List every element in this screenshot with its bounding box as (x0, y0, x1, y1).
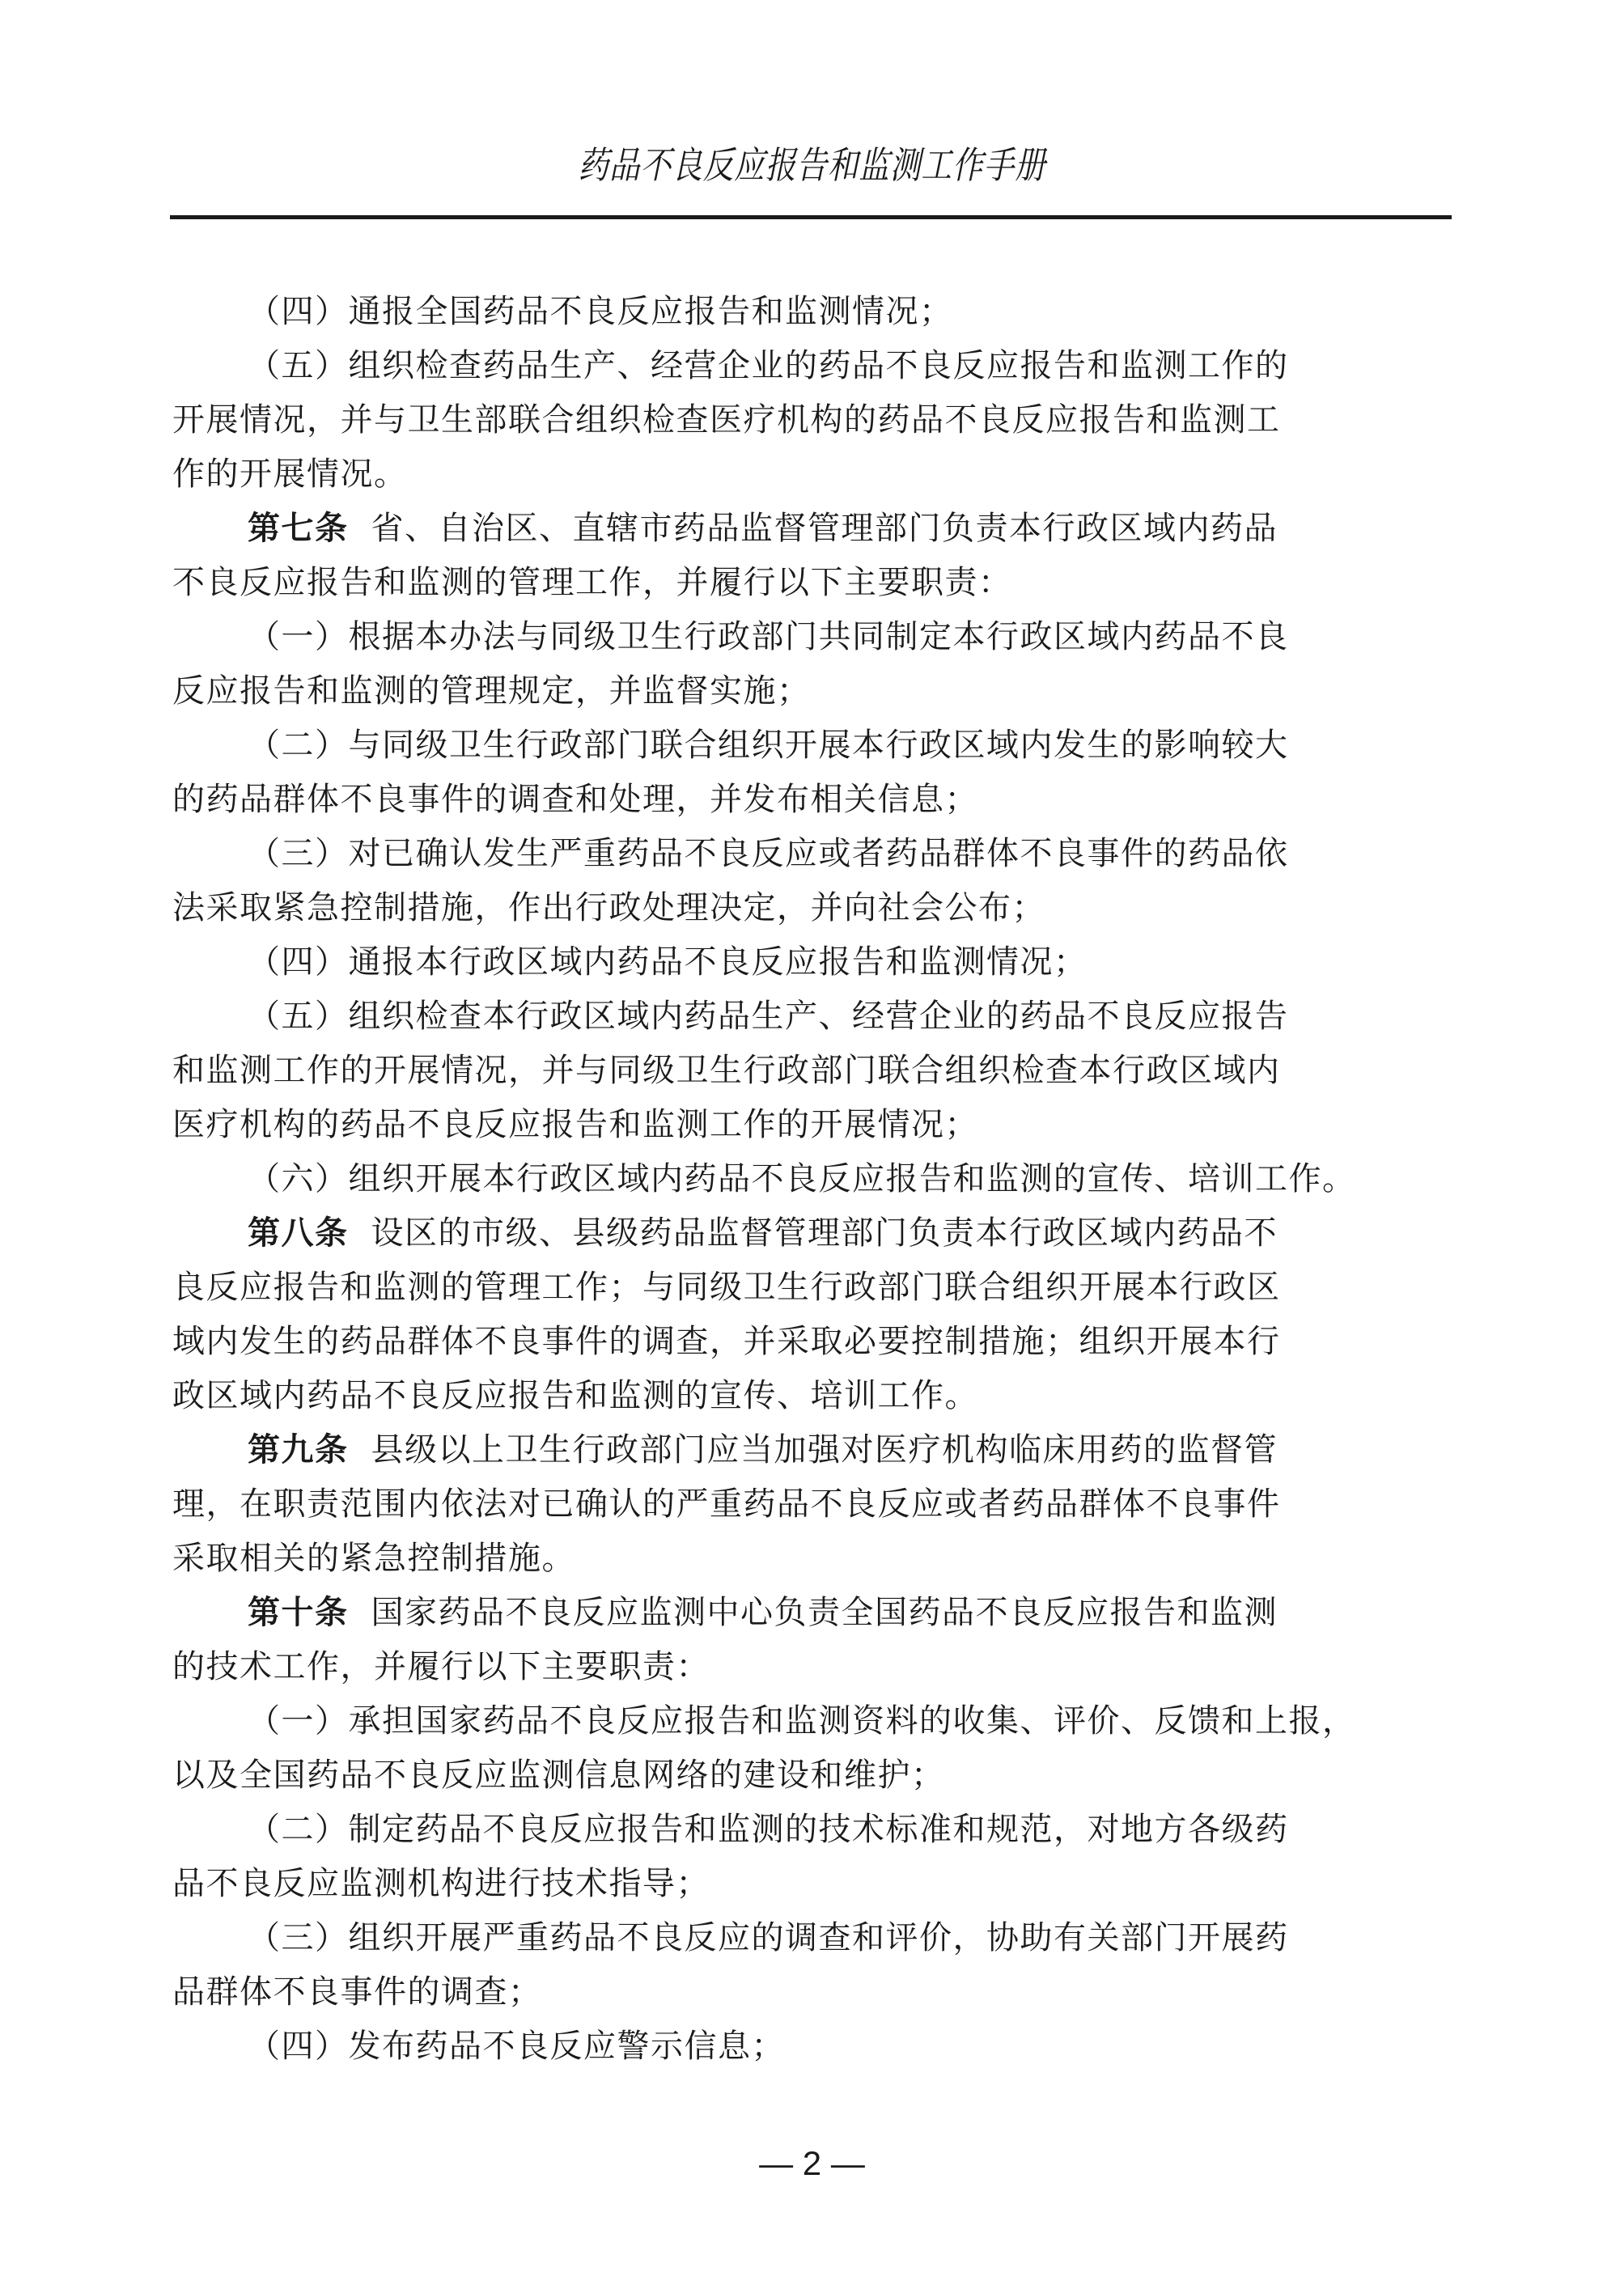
text-line: （五）组织检查药品生产、经营企业的药品不良反应报告和监测工作的 (172, 339, 1451, 393)
line-text: 省、自治区、直辖市药品监督管理部门负责本行政区域内药品 (371, 510, 1278, 547)
line-text: 不良反应报告和监测的管理工作，并履行以下主要职责： (172, 564, 1012, 601)
text-line: （一）承担国家药品不良反应报告和监测资料的收集、评价、反馈和上报， (172, 1694, 1451, 1748)
line-text: 良反应报告和监测的管理工作；与同级卫生行政部门联合组织开展本行政区 (172, 1269, 1281, 1306)
line-text: 域内发生的药品群体不良事件的调查，并采取必要控制措施；组织开展本行 (172, 1323, 1281, 1360)
page-number: — 2 — (0, 2144, 1624, 2183)
text-line: 品不良反应监测机构进行技术指导； (172, 1857, 1451, 1911)
text-line: （三）对已确认发生严重药品不良反应或者药品群体不良事件的药品依 (172, 827, 1451, 881)
article-line: 第七条省、自治区、直辖市药品监督管理部门负责本行政区域内药品 (172, 502, 1451, 556)
line-text: （一）根据本办法与同级卫生行政部门共同制定本行政区域内药品不良 (248, 618, 1289, 655)
text-line: 品群体不良事件的调查； (172, 1965, 1451, 2020)
text-line: （六）组织开展本行政区域内药品不良反应报告和监测的宣传、培训工作。 (172, 1152, 1451, 1206)
line-text: 设区的市级、县级药品监督管理部门负责本行政区域内药品不 (371, 1214, 1278, 1252)
line-text: 作的开展情况。 (172, 456, 408, 493)
text-line: 反应报告和监测的管理规定，并监督实施； (172, 664, 1451, 718)
article-number: 第七条 (248, 510, 349, 547)
line-text: 医疗机构的药品不良反应报告和监测工作的开展情况； (172, 1106, 978, 1143)
line-text: （六）组织开展本行政区域内药品不良反应报告和监测的宣传、培训工作。 (248, 1160, 1356, 1197)
line-text: 以及全国药品不良反应监测信息网络的建设和维护； (172, 1757, 945, 1794)
line-text: 国家药品不良反应监测中心负责全国药品不良反应报告和监测 (371, 1594, 1278, 1631)
text-line: 开展情况，并与卫生部联合组织检查医疗机构的药品不良反应报告和监测工 (172, 393, 1451, 447)
article-number: 第九条 (248, 1431, 349, 1469)
line-text: （二）制定药品不良反应报告和监测的技术标准和规范，对地方各级药 (248, 1811, 1289, 1848)
text-line: 作的开展情况。 (172, 447, 1451, 502)
text-line: （四）发布药品不良反应警示信息； (172, 2020, 1451, 2074)
article-line: 第八条设区的市级、县级药品监督管理部门负责本行政区域内药品不 (172, 1206, 1451, 1261)
text-line: 不良反应报告和监测的管理工作，并履行以下主要职责： (172, 556, 1451, 610)
line-text: （五）组织检查药品生产、经营企业的药品不良反应报告和监测工作的 (248, 347, 1289, 384)
line-text: 的药品群体不良事件的调查和处理，并发布相关信息； (172, 781, 978, 818)
line-text: （二）与同级卫生行政部门联合组织开展本行政区域内发生的影响较大 (248, 727, 1289, 764)
running-header-title: 药品不良反应报告和监测工作手册 (146, 136, 1478, 189)
text-line: 和监测工作的开展情况，并与同级卫生行政部门联合组织检查本行政区域内 (172, 1044, 1451, 1098)
article-line: 第十条国家药品不良反应监测中心负责全国药品不良反应报告和监测 (172, 1586, 1451, 1640)
article-number: 第十条 (248, 1594, 349, 1631)
line-text: 采取相关的紧急控制措施。 (172, 1540, 575, 1577)
line-text: 反应报告和监测的管理规定，并监督实施； (172, 672, 811, 710)
text-line: （四）通报全国药品不良反应报告和监测情况； (172, 285, 1451, 339)
text-line: 采取相关的紧急控制措施。 (172, 1532, 1451, 1586)
line-text: 法采取紧急控制措施，作出行政处理决定，并向社会公布； (172, 889, 1045, 926)
line-text: 品不良反应监测机构进行技术指导； (172, 1865, 710, 1902)
text-line: 的技术工作，并履行以下主要职责： (172, 1640, 1451, 1694)
text-line: （五）组织检查本行政区域内药品生产、经营企业的药品不良反应报告 (172, 990, 1451, 1044)
text-line: （二）制定药品不良反应报告和监测的技术标准和规范，对地方各级药 (172, 1803, 1451, 1857)
text-line: 以及全国药品不良反应监测信息网络的建设和维护； (172, 1748, 1451, 1803)
line-text: （三）对已确认发生严重药品不良反应或者药品群体不良事件的药品依 (248, 835, 1289, 872)
text-line: 法采取紧急控制措施，作出行政处理决定，并向社会公布； (172, 881, 1451, 935)
line-text: （三）组织开展严重药品不良反应的调查和评价，协助有关部门开展药 (248, 1919, 1289, 1956)
article-line: 第九条县级以上卫生行政部门应当加强对医疗机构临床用药的监督管 (172, 1423, 1451, 1477)
text-line: （三）组织开展严重药品不良反应的调查和评价，协助有关部门开展药 (172, 1911, 1451, 1965)
line-text: （四）通报本行政区域内药品不良反应报告和监测情况； (248, 943, 1088, 981)
line-text: 开展情况，并与卫生部联合组织检查医疗机构的药品不良反应报告和监测工 (172, 401, 1281, 439)
document-body: （四）通报全国药品不良反应报告和监测情况；（五）组织检查药品生产、经营企业的药品… (172, 285, 1451, 2074)
header-divider (170, 215, 1452, 219)
text-line: （四）通报本行政区域内药品不良反应报告和监测情况； (172, 935, 1451, 990)
text-line: 医疗机构的药品不良反应报告和监测工作的开展情况； (172, 1098, 1451, 1152)
text-line: （二）与同级卫生行政部门联合组织开展本行政区域内发生的影响较大 (172, 718, 1451, 773)
line-text: 品群体不良事件的调查； (172, 1973, 542, 2011)
line-text: 理，在职责范围内依法对已确认的严重药品不良反应或者药品群体不良事件 (172, 1486, 1281, 1523)
text-line: 政区域内药品不良反应报告和监测的宣传、培训工作。 (172, 1369, 1451, 1423)
line-text: 的技术工作，并履行以下主要职责： (172, 1648, 710, 1685)
text-line: 的药品群体不良事件的调查和处理，并发布相关信息； (172, 773, 1451, 827)
text-line: 域内发生的药品群体不良事件的调查，并采取必要控制措施；组织开展本行 (172, 1315, 1451, 1369)
text-line: 良反应报告和监测的管理工作；与同级卫生行政部门联合组织开展本行政区 (172, 1261, 1451, 1315)
article-number: 第八条 (248, 1214, 349, 1252)
line-text: 县级以上卫生行政部门应当加强对医疗机构临床用药的监督管 (371, 1431, 1278, 1469)
line-text: （五）组织检查本行政区域内药品生产、经营企业的药品不良反应报告 (248, 998, 1289, 1035)
line-text: 政区域内药品不良反应报告和监测的宣传、培训工作。 (172, 1377, 978, 1414)
line-text: （四）发布药品不良反应警示信息； (248, 2028, 785, 2065)
text-line: （一）根据本办法与同级卫生行政部门共同制定本行政区域内药品不良 (172, 610, 1451, 664)
line-text: （一）承担国家药品不良反应报告和监测资料的收集、评价、反馈和上报， (248, 1702, 1356, 1740)
line-text: 和监测工作的开展情况，并与同级卫生行政部门联合组织检查本行政区域内 (172, 1052, 1281, 1089)
line-text: （四）通报全国药品不良反应报告和监测情况； (248, 293, 953, 330)
text-line: 理，在职责范围内依法对已确认的严重药品不良反应或者药品群体不良事件 (172, 1477, 1451, 1532)
